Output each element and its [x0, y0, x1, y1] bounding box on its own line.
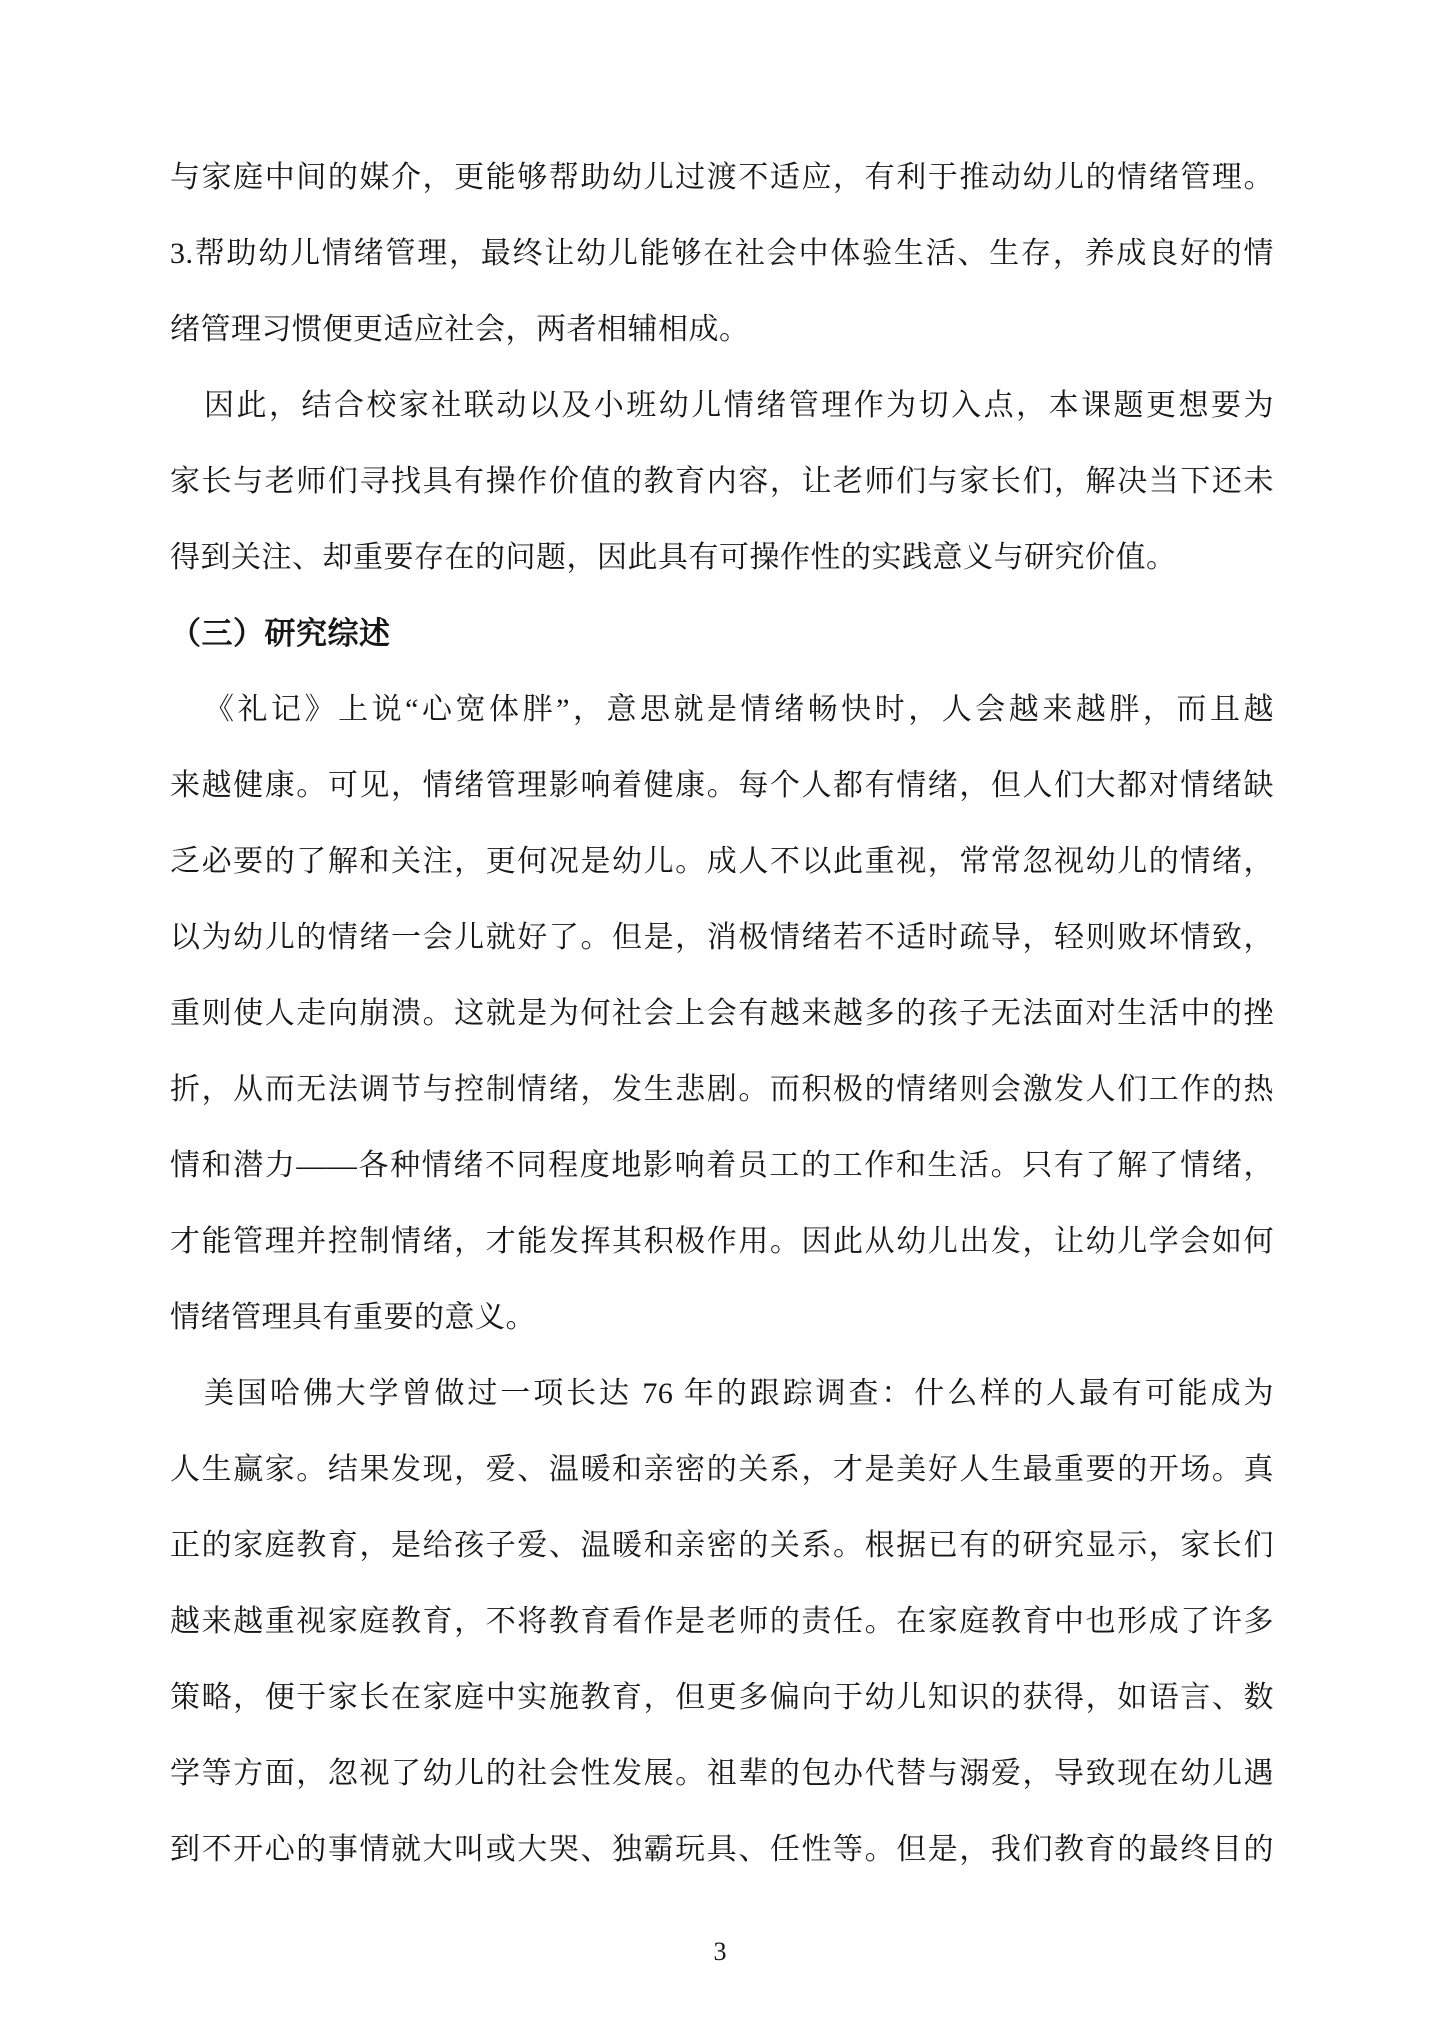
text-line: 到不开心的事情就大叫或大哭、独霸玩具、任性等。但是，我们教育的最终目的	[170, 1812, 1274, 1888]
text-line: 学等方面，忽视了幼儿的社会性发展。祖辈的包办代替与溺爱，导致现在幼儿遇	[170, 1736, 1274, 1812]
text-line: 美国哈佛大学曾做过一项长达 76 年的跟踪调查：什么样的人最有可能成为	[170, 1356, 1274, 1432]
text-line: 策略，便于家长在家庭中实施教育，但更多偏向于幼儿知识的获得，如语言、数	[170, 1660, 1274, 1736]
text-line: 家长与老师们寻找具有操作价值的教育内容，让老师们与家长们，解决当下还未	[170, 444, 1274, 520]
text-line: 绪管理习惯便更适应社会，两者相辅相成。	[170, 292, 1274, 368]
text-line: 与家庭中间的媒介，更能够帮助幼儿过渡不适应，有利于推动幼儿的情绪管理。	[170, 140, 1274, 216]
text-line: 情和潜力——各种情绪不同程度地影响着员工的工作和生活。只有了解了情绪，	[170, 1128, 1274, 1204]
text-line: 情绪管理具有重要的意义。	[170, 1280, 1274, 1356]
section-heading: （三）研究综述	[170, 596, 1274, 672]
text-line: 来越健康。可见，情绪管理影响着健康。每个人都有情绪，但人们大都对情绪缺	[170, 748, 1274, 824]
text-line: 《礼记》上说“心宽体胖”，意思就是情绪畅快时，人会越来越胖，而且越	[170, 672, 1274, 748]
text-line: 因此，结合校家社联动以及小班幼儿情绪管理作为切入点，本课题更想要为	[170, 368, 1274, 444]
text-line: 越来越重视家庭教育，不将教育看作是老师的责任。在家庭教育中也形成了许多	[170, 1584, 1274, 1660]
text-line: 以为幼儿的情绪一会儿就好了。但是，消极情绪若不适时疏导，轻则败坏情致，	[170, 900, 1274, 976]
text-line: 才能管理并控制情绪，才能发挥其积极作用。因此从幼儿出发，让幼儿学会如何	[170, 1204, 1274, 1280]
text-line: 折，从而无法调节与控制情绪，发生悲剧。而积极的情绪则会激发人们工作的热	[170, 1052, 1274, 1128]
text-line: 乏必要的了解和关注，更何况是幼儿。成人不以此重视，常常忽视幼儿的情绪，	[170, 824, 1274, 900]
text-line: 得到关注、却重要存在的问题，因此具有可操作性的实践意义与研究价值。	[170, 520, 1274, 596]
text-line: 重则使人走向崩溃。这就是为何社会上会有越来越多的孩子无法面对生活中的挫	[170, 976, 1274, 1052]
document-page: 与家庭中间的媒介，更能够帮助幼儿过渡不适应，有利于推动幼儿的情绪管理。3.帮助幼…	[0, 0, 1440, 2036]
page-number: 3	[0, 1932, 1440, 1972]
document-body: 与家庭中间的媒介，更能够帮助幼儿过渡不适应，有利于推动幼儿的情绪管理。3.帮助幼…	[170, 140, 1274, 1888]
text-line: 人生赢家。结果发现，爱、温暖和亲密的关系，才是美好人生最重要的开场。真	[170, 1432, 1274, 1508]
text-line: 正的家庭教育，是给孩子爱、温暖和亲密的关系。根据已有的研究显示，家长们	[170, 1508, 1274, 1584]
text-line: 3.帮助幼儿情绪管理，最终让幼儿能够在社会中体验生活、生存，养成良好的情	[170, 216, 1274, 292]
